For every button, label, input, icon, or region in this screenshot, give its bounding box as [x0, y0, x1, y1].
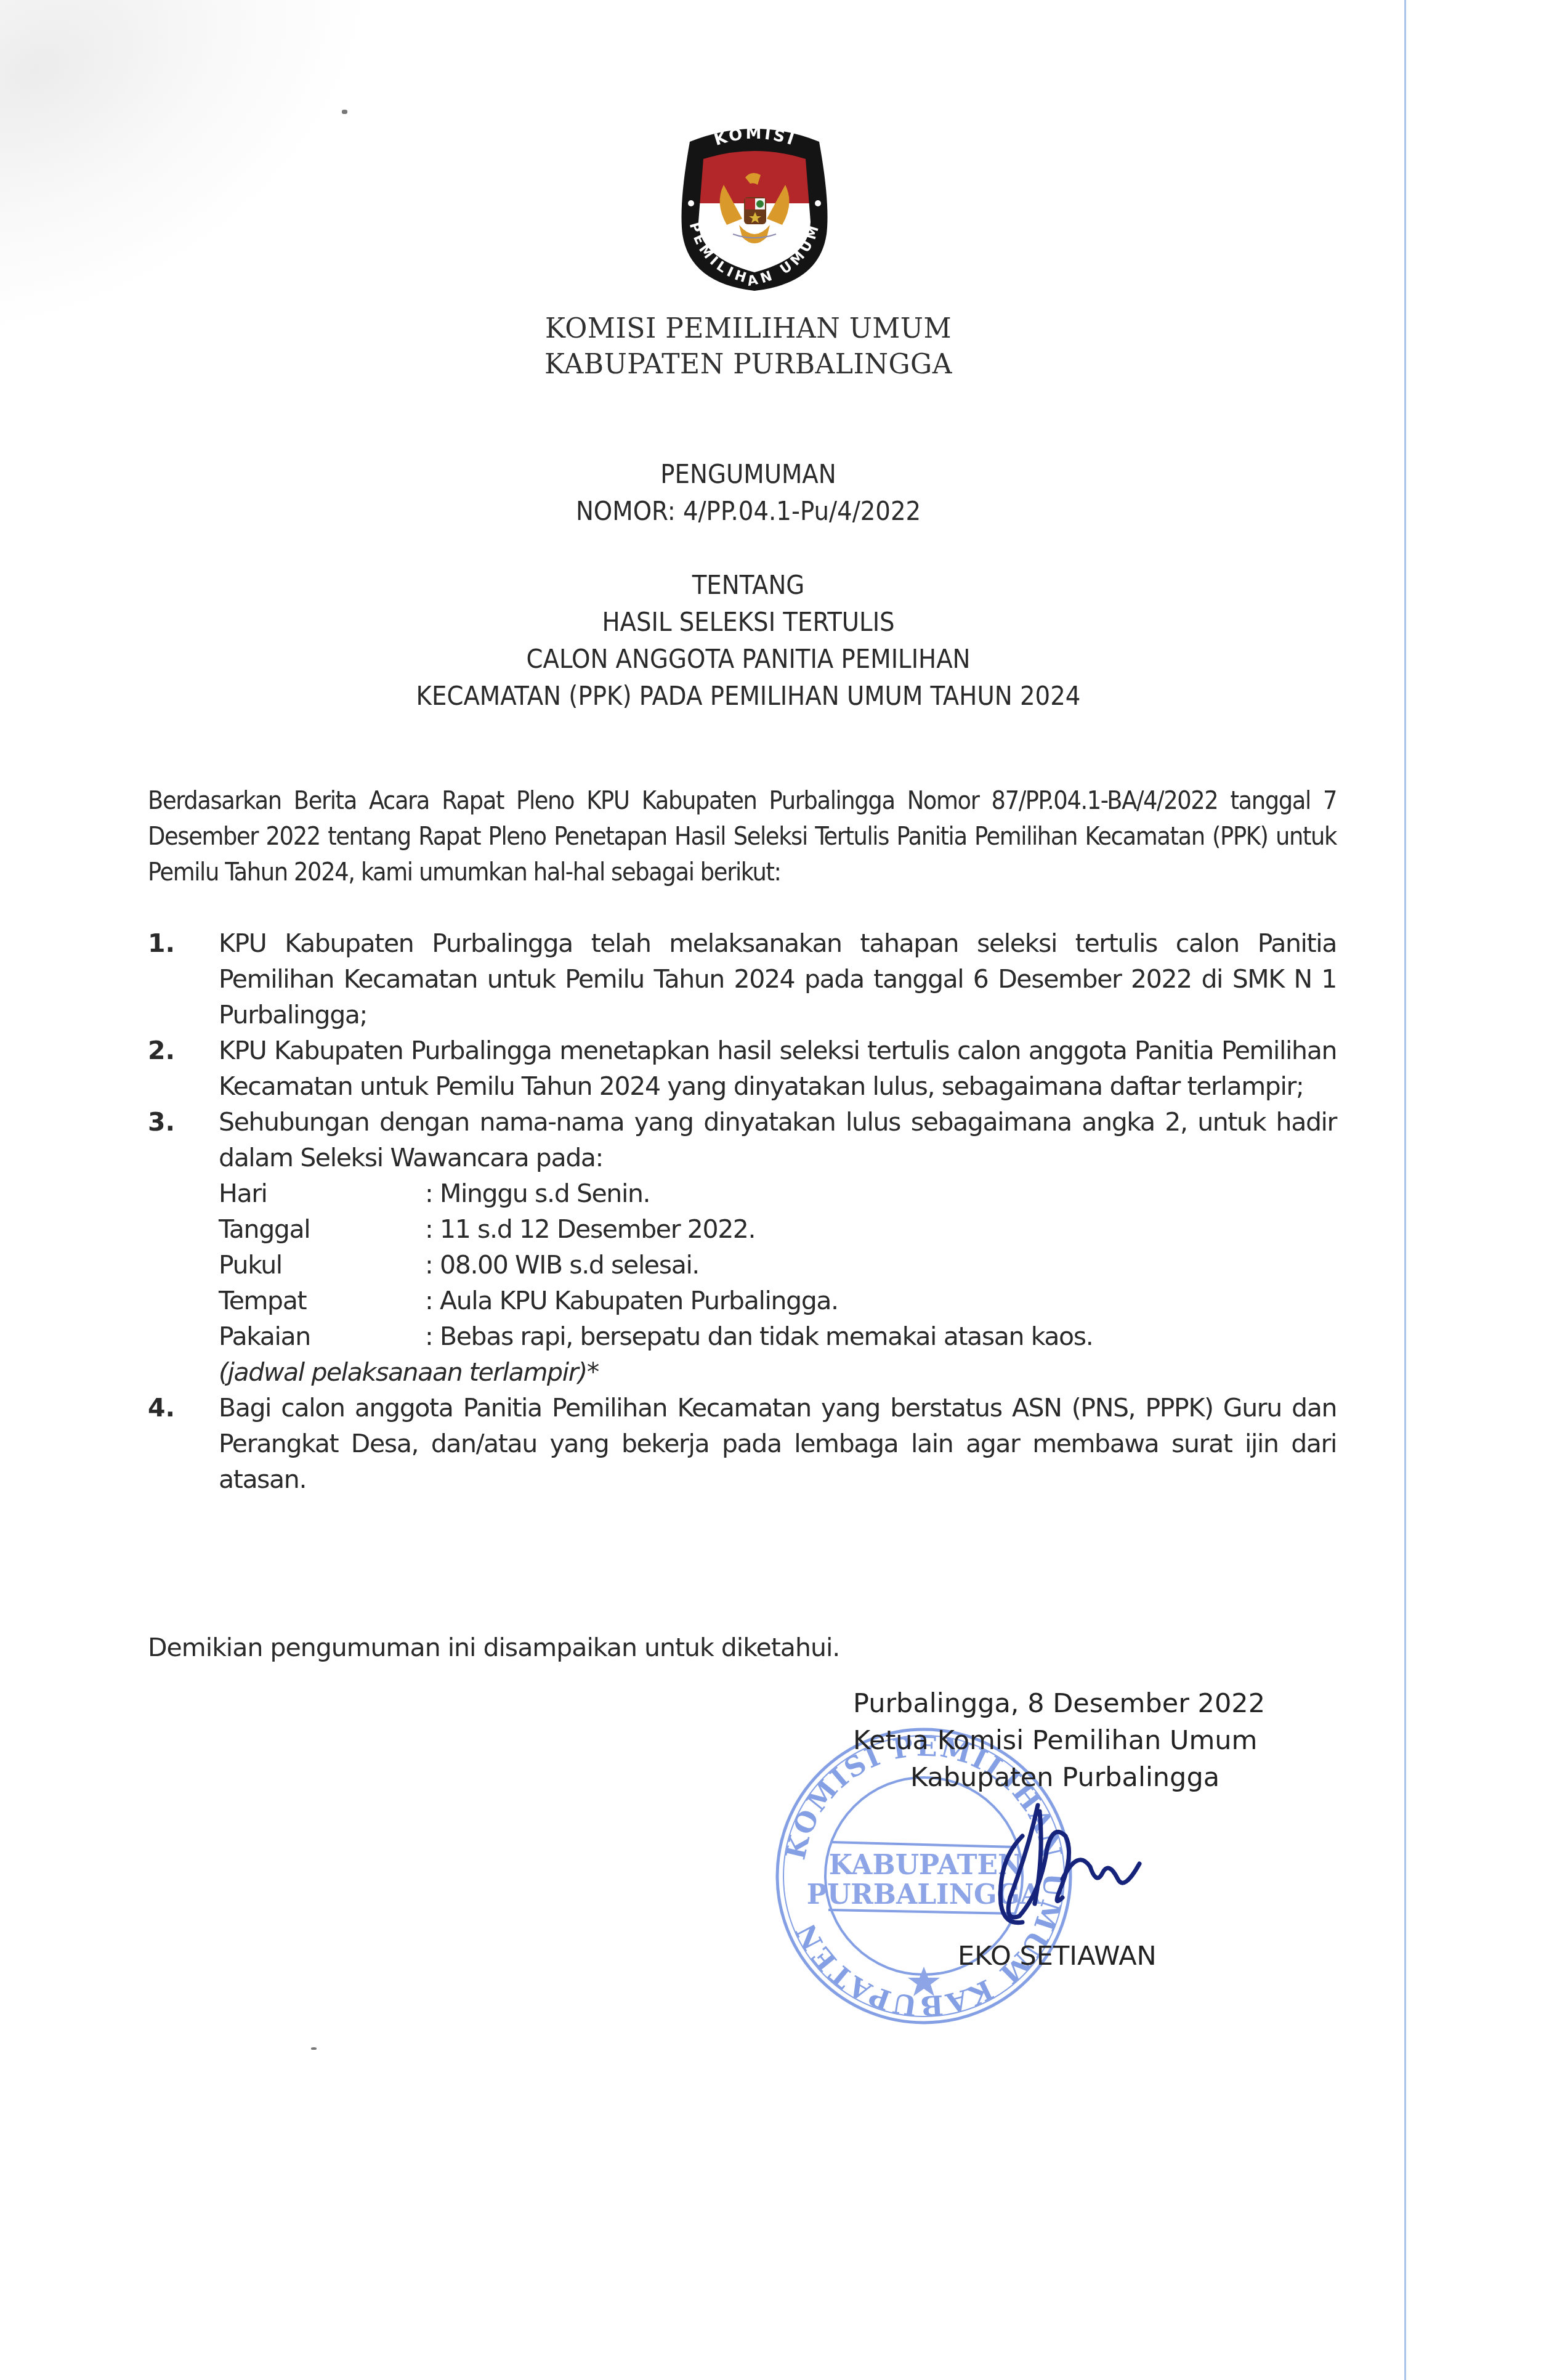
schedule-value: : Minggu s.d Senin. — [425, 1176, 650, 1211]
announcement-number: NOMOR: 4/PP.04.1-Pu/4/2022 — [0, 496, 1497, 527]
list-number: 3. — [148, 1104, 175, 1140]
schedule-note: (jadwal pelaksanaan terlampir)* — [219, 1354, 1337, 1390]
list-item: 2. KPU Kabupaten Purbalingga menetapkan … — [148, 1033, 1337, 1104]
schedule-row: Tempat : Aula KPU Kabupaten Purbalingga. — [219, 1283, 1337, 1318]
signoff-position: Ketua Komisi Pemilihan Umum — [853, 1725, 1469, 1756]
schedule-label: Pukul — [219, 1247, 425, 1283]
announcement-title: PENGUMUMAN — [0, 459, 1497, 490]
institution-region: KABUPATEN PURBALINGGA — [0, 349, 1497, 380]
list-number: 4. — [148, 1390, 175, 1426]
intro-paragraph: Berdasarkan Berita Acara Rapat Pleno KPU… — [148, 782, 1337, 890]
schedule-label: Tanggal — [219, 1211, 425, 1247]
list-number: 2. — [148, 1033, 175, 1068]
subject-line: KECAMATAN (PPK) PADA PEMILIHAN UMUM TAHU… — [0, 681, 1497, 712]
schedule-label: Tempat — [219, 1283, 425, 1318]
list-text: Sehubungan dengan nama-nama yang dinyata… — [219, 1107, 1337, 1172]
interview-schedule: Hari : Minggu s.d Senin. Tanggal : 11 s.… — [219, 1176, 1337, 1390]
schedule-label: Hari — [219, 1176, 425, 1211]
signatory-name: EKO SETIAWAN — [958, 1941, 1541, 1972]
list-text: Bagi calon anggota Panitia Pemilihan Kec… — [219, 1393, 1337, 1494]
kpu-logo: KOMISI PEMILIHAN UMUM — [665, 111, 844, 293]
schedule-value: : Bebas rapi, bersepatu dan tidak memaka… — [425, 1318, 1093, 1354]
list-item: 1. KPU Kabupaten Purbalingga telah melak… — [148, 925, 1337, 1033]
schedule-row: Pakaian : Bebas rapi, bersepatu dan tida… — [219, 1318, 1337, 1354]
list-item: 4. Bagi calon anggota Panitia Pemilihan … — [148, 1390, 1337, 1497]
list-number: 1. — [148, 925, 175, 961]
schedule-value: : 08.00 WIB s.d selesai. — [425, 1247, 699, 1283]
list-item: 3. Sehubungan dengan nama-nama yang diny… — [148, 1104, 1337, 1390]
schedule-value: : Aula KPU Kabupaten Purbalingga. — [425, 1283, 838, 1318]
signoff-position-region: Kabupaten Purbalingga — [910, 1762, 1526, 1793]
list-text: KPU Kabupaten Purbalingga telah melaksan… — [219, 928, 1337, 1030]
schedule-row: Tanggal : 11 s.d 12 Desember 2022. — [219, 1211, 1337, 1247]
schedule-label: Pakaian — [219, 1318, 425, 1354]
closing-statement: Demikian pengumuman ini disampaikan untu… — [148, 1633, 839, 1662]
signoff-place-date: Purbalingga, 8 Desember 2022 — [853, 1688, 1469, 1719]
subject-line: HASIL SELEKSI TERTULIS — [0, 607, 1497, 638]
schedule-row: Pukul : 08.00 WIB s.d selesai. — [219, 1247, 1337, 1283]
scan-speck — [311, 2047, 317, 2050]
subject-line: CALON ANGGOTA PANITIA PEMILIHAN — [0, 644, 1497, 675]
about-label: TENTANG — [0, 570, 1497, 601]
scan-speck — [342, 110, 347, 114]
schedule-row: Hari : Minggu s.d Senin. — [219, 1176, 1337, 1211]
institution-name: KOMISI PEMILIHAN UMUM — [0, 313, 1497, 344]
announcement-list: 1. KPU Kabupaten Purbalingga telah melak… — [148, 925, 1337, 1497]
schedule-value: : 11 s.d 12 Desember 2022. — [425, 1211, 755, 1247]
list-text: KPU Kabupaten Purbalingga menetapkan has… — [219, 1036, 1337, 1101]
signature — [985, 1799, 1164, 1935]
